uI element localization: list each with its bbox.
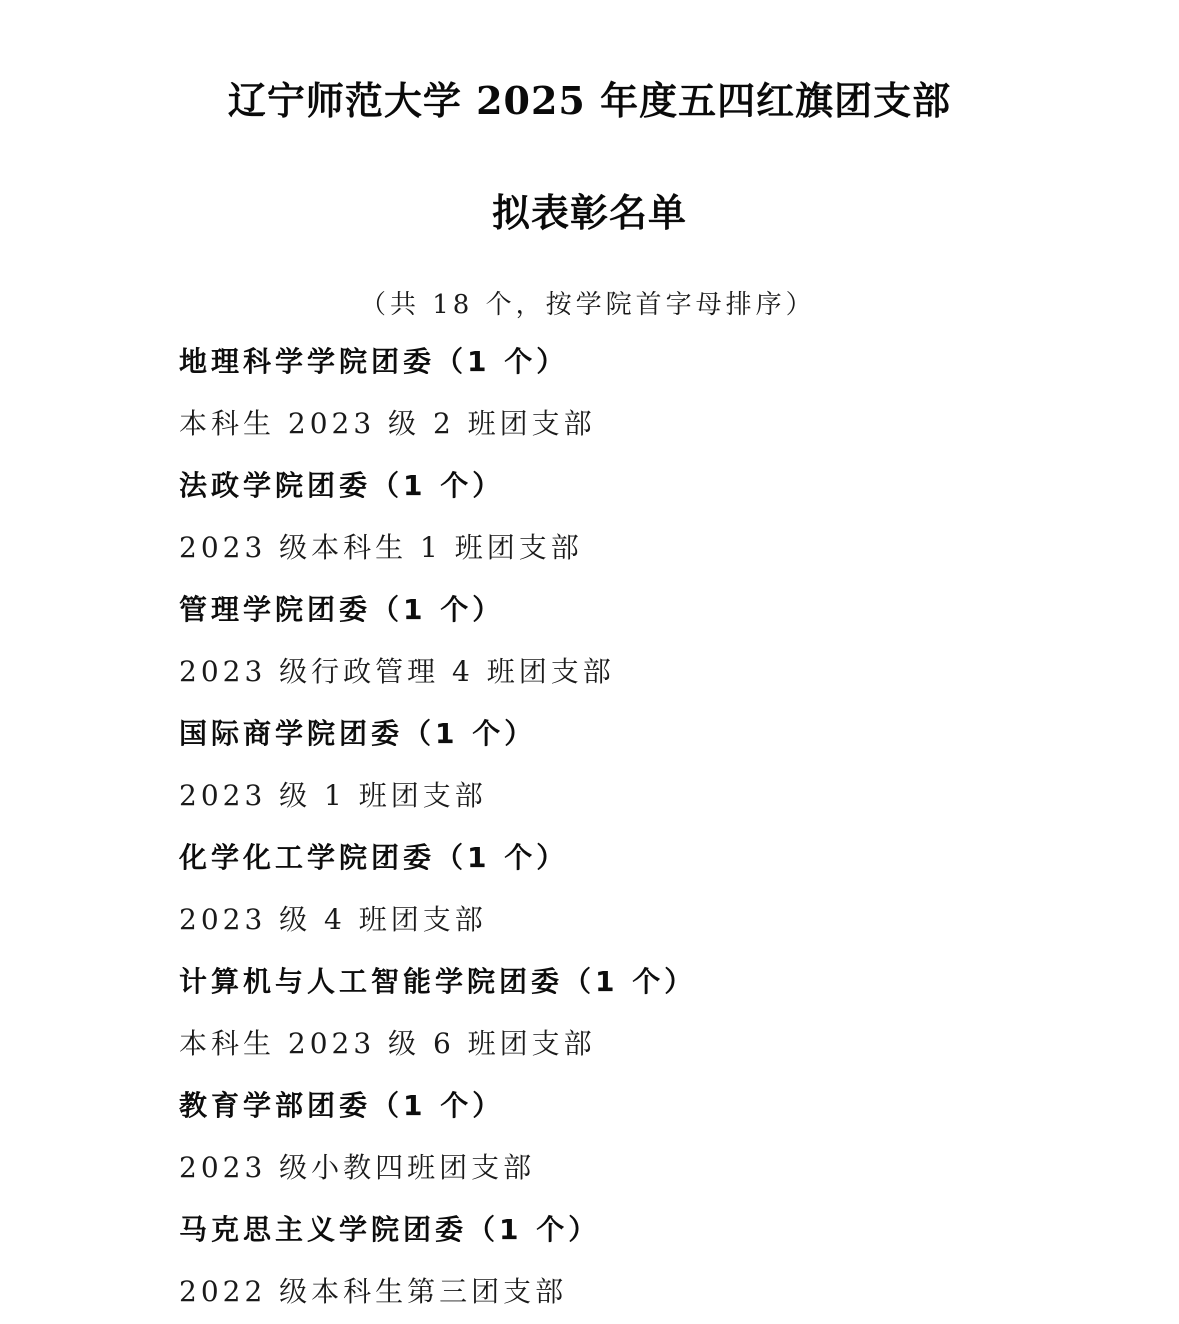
list-item: 计算机与人工智能学院团委（1 个） 本科生 2023 级 6 班团支部 bbox=[179, 960, 1079, 1084]
branch-name: 2023 级本科生 1 班团支部 bbox=[179, 526, 1079, 588]
college-heading: 地理科学学院团委（1 个） bbox=[179, 340, 1079, 402]
college-heading: 教育学部团委（1 个） bbox=[179, 1084, 1079, 1146]
document-title-sub: 拟表彰名单 bbox=[0, 182, 1179, 237]
list-item: 管理学院团委（1 个） 2023 级行政管理 4 班团支部 bbox=[179, 588, 1079, 712]
branch-name: 2023 级小教四班团支部 bbox=[179, 1146, 1079, 1208]
list-item: 法政学院团委（1 个） 2023 级本科生 1 班团支部 bbox=[179, 464, 1079, 588]
branch-name: 本科生 2023 级 6 班团支部 bbox=[179, 1022, 1079, 1084]
list-item: 教育学部团委（1 个） 2023 级小教四班团支部 bbox=[179, 1084, 1079, 1208]
college-heading: 马克思主义学院团委（1 个） bbox=[179, 1208, 1079, 1270]
list-item: 国际商学院团委（1 个） 2023 级 1 班团支部 bbox=[179, 712, 1079, 836]
list-item: 化学化工学院团委（1 个） 2023 级 4 班团支部 bbox=[179, 836, 1079, 960]
branch-name: 2023 级 1 班团支部 bbox=[179, 774, 1079, 836]
college-heading: 法政学院团委（1 个） bbox=[179, 464, 1079, 526]
branch-name: 2022 级本科生第三团支部 bbox=[179, 1270, 1079, 1324]
document-note: （共 18 个，按学院首字母排序） bbox=[360, 284, 816, 321]
college-heading: 管理学院团委（1 个） bbox=[179, 588, 1079, 650]
branch-name: 本科生 2023 级 2 班团支部 bbox=[179, 402, 1079, 464]
document-page: 辽宁师范大学 2025 年度五四红旗团支部 拟表彰名单 （共 18 个，按学院首… bbox=[0, 0, 1179, 1324]
college-heading: 计算机与人工智能学院团委（1 个） bbox=[179, 960, 1079, 1022]
list-item: 地理科学学院团委（1 个） 本科生 2023 级 2 班团支部 bbox=[179, 340, 1079, 464]
branch-name: 2023 级行政管理 4 班团支部 bbox=[179, 650, 1079, 712]
branch-name: 2023 级 4 班团支部 bbox=[179, 898, 1079, 960]
list-item: 马克思主义学院团委（1 个） 2022 级本科生第三团支部 bbox=[179, 1208, 1079, 1324]
college-heading: 国际商学院团委（1 个） bbox=[179, 712, 1079, 774]
award-list: 地理科学学院团委（1 个） 本科生 2023 级 2 班团支部 法政学院团委（1… bbox=[179, 340, 1079, 1324]
document-title: 辽宁师范大学 2025 年度五四红旗团支部 bbox=[0, 70, 1179, 125]
college-heading: 化学化工学院团委（1 个） bbox=[179, 836, 1079, 898]
